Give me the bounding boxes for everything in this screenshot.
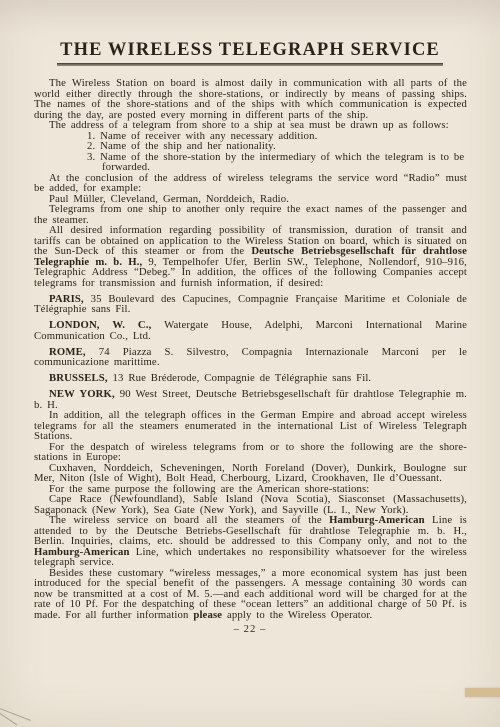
text-run: BRUSSELS, [49, 372, 108, 384]
tape-fragment [465, 688, 500, 697]
title-block: THE WIRELESS TELEGRAPH SERVICE [57, 41, 443, 66]
paragraph: In addition, all the telegraph offices i… [34, 410, 467, 442]
text-run: In addition, all the telegraph offices i… [34, 409, 467, 442]
page-title: THE WIRELESS TELEGRAPH SERVICE [57, 41, 443, 63]
paragraph: The Wireless Station on board is almost … [34, 78, 467, 120]
page-number: – 22 – [0, 623, 500, 635]
document-header: THE WIRELESS TELEGRAPH SERVICE [0, 0, 500, 66]
document-body: The Wireless Station on board is almost … [0, 66, 500, 620]
paragraph: LONDON, W. C., Watergate House, Adelphi,… [34, 320, 467, 341]
text-run: Telegrams from one ship to another only … [34, 203, 467, 226]
text-run: 13 Rue Bréderode, Compagnie de Télégraph… [108, 372, 372, 384]
text-run: 74 Piazza S. Silvestro, Compagnia Intern… [34, 346, 467, 369]
pencil-mark [0, 707, 31, 721]
paragraph: Telegrams from one ship to another only … [34, 204, 467, 225]
text-run: Cape Race (Newfoundland), Sable Island (… [34, 493, 467, 516]
text-run: NEW YORK, [49, 388, 115, 400]
list-item: 3. Name of the shore-station by the inte… [87, 152, 467, 173]
text-run: The Wireless Station on board is almost … [34, 77, 467, 121]
text-run: Cuxhaven, Norddeich, Scheveningen, North… [34, 462, 467, 485]
text-run: please [193, 609, 222, 621]
paragraph: Cuxhaven, Norddeich, Scheveningen, North… [34, 463, 467, 484]
paragraph: NEW YORK, 90 West Street, Deutsche Betri… [34, 389, 467, 410]
text-run: For the despatch of wireless telegrams f… [34, 441, 467, 464]
paragraph: Cape Race (Newfoundland), Sable Island (… [34, 494, 467, 515]
paragraph: At the conclusion of the address of wire… [34, 173, 467, 194]
paragraph: BRUSSELS, 13 Rue Bréderode, Compagnie de… [34, 373, 467, 384]
text-run: At the conclusion of the address of wire… [34, 172, 467, 195]
paragraph: PARIS, 35 Boulevard des Capucines, Compa… [34, 294, 467, 315]
title-underline [57, 63, 443, 67]
text-run: 35 Boulevard des Capucines, Compagnie Fr… [34, 293, 467, 316]
text-run: 3. Name of the shore-station by the inte… [87, 151, 464, 174]
paragraph: Besides these customary “wireless messag… [34, 568, 467, 621]
document-page: THE WIRELESS TELEGRAPH SERVICE The Wirel… [0, 0, 500, 727]
paragraph: For the despatch of wireless telegrams f… [34, 442, 467, 463]
paragraph: ROME, 74 Piazza S. Silvestro, Compagnia … [34, 347, 467, 368]
paragraph: All desired information regarding possib… [34, 225, 467, 288]
text-run: apply to the Wireless Operator. [222, 609, 372, 621]
paragraph: The wireless service on board all the st… [34, 515, 467, 568]
